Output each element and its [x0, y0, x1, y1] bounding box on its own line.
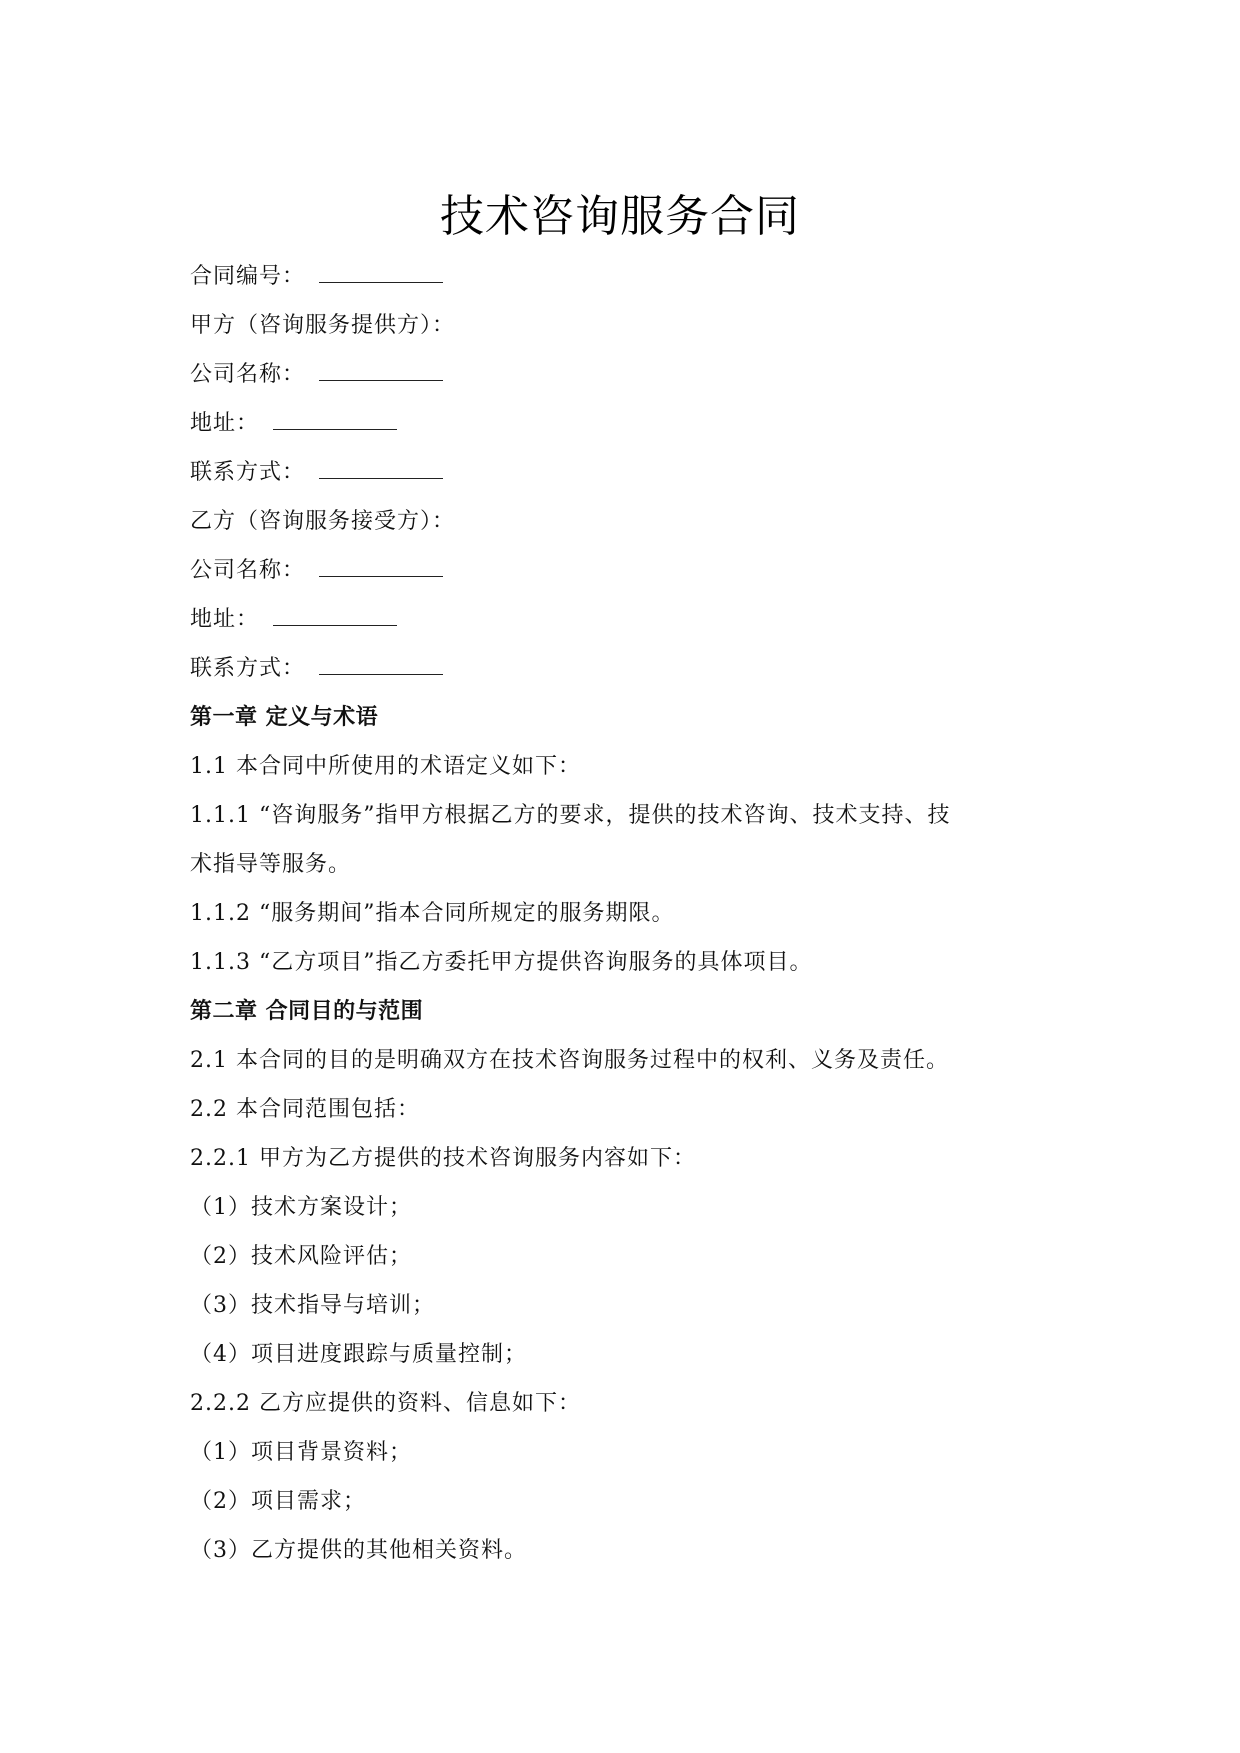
document-body: 合同编号： 甲方（咨询服务提供方）： 公司名称： 地址： 联系方式： 乙方（咨询…: [190, 252, 1070, 1575]
chapter-2-heading: 第二章 合同目的与范围: [190, 987, 1070, 1036]
field-contract-number: 合同编号：: [190, 252, 1070, 301]
clause-2-2-1: 2.2.1 甲方为乙方提供的技术咨询服务内容如下：: [190, 1134, 1070, 1183]
field-label: 公司名称：: [190, 362, 305, 387]
party-a-company-blank[interactable]: [319, 362, 443, 381]
field-label: 地址：: [190, 411, 259, 436]
list-item: （2）技术风险评估；: [190, 1232, 1070, 1281]
clause-2-1: 2.1 本合同的目的是明确双方在技术咨询服务过程中的权利、义务及责任。: [190, 1036, 1070, 1085]
party-a-heading: 甲方（咨询服务提供方）：: [190, 301, 1070, 350]
field-party-a-address: 地址：: [190, 399, 1070, 448]
list-item: （1）技术方案设计；: [190, 1183, 1070, 1232]
list-item: （1）项目背景资料；: [190, 1428, 1070, 1477]
document-page: 技术咨询服务合同 合同编号： 甲方（咨询服务提供方）： 公司名称： 地址： 联系…: [0, 0, 1240, 1753]
field-label: 公司名称：: [190, 558, 305, 583]
field-label: 甲方（咨询服务提供方）：: [190, 313, 455, 338]
clause-1-1-3: 1.1.3 “乙方项目”指乙方委托甲方提供咨询服务的具体项目。: [190, 938, 1070, 987]
party-a-contact-blank[interactable]: [319, 460, 443, 479]
document-title: 技术咨询服务合同: [0, 184, 1240, 250]
field-label: 联系方式：: [190, 656, 305, 681]
clause-2-2-2: 2.2.2 乙方应提供的资料、信息如下：: [190, 1379, 1070, 1428]
field-party-a-contact: 联系方式：: [190, 448, 1070, 497]
clause-1-1-1-continued: 术指导等服务。: [190, 840, 1070, 889]
field-party-b-contact: 联系方式：: [190, 644, 1070, 693]
field-label: 合同编号：: [190, 264, 305, 289]
field-label: 地址：: [190, 607, 259, 632]
field-label: 联系方式：: [190, 460, 305, 485]
party-b-company-blank[interactable]: [319, 558, 443, 577]
field-label: 乙方（咨询服务接受方）：: [190, 509, 455, 534]
field-party-a-company: 公司名称：: [190, 350, 1070, 399]
list-item: （2）项目需求；: [190, 1477, 1070, 1526]
clause-1-1-2: 1.1.2 “服务期间”指本合同所规定的服务期限。: [190, 889, 1070, 938]
list-item: （3）乙方提供的其他相关资料。: [190, 1526, 1070, 1575]
list-item: （3）技术指导与培训；: [190, 1281, 1070, 1330]
clause-2-2: 2.2 本合同范围包括：: [190, 1085, 1070, 1134]
party-a-address-blank[interactable]: [273, 411, 397, 430]
party-b-contact-blank[interactable]: [319, 656, 443, 675]
field-party-b-company: 公司名称：: [190, 546, 1070, 595]
party-b-heading: 乙方（咨询服务接受方）：: [190, 497, 1070, 546]
list-item: （4）项目进度跟踪与质量控制；: [190, 1330, 1070, 1379]
clause-1-1-1: 1.1.1 “咨询服务”指甲方根据乙方的要求，提供的技术咨询、技术支持、技: [190, 791, 1070, 840]
contract-number-blank[interactable]: [319, 264, 443, 283]
field-party-b-address: 地址：: [190, 595, 1070, 644]
clause-1-1: 1.1 本合同中所使用的术语定义如下：: [190, 742, 1070, 791]
chapter-1-heading: 第一章 定义与术语: [190, 693, 1070, 742]
party-b-address-blank[interactable]: [273, 607, 397, 626]
